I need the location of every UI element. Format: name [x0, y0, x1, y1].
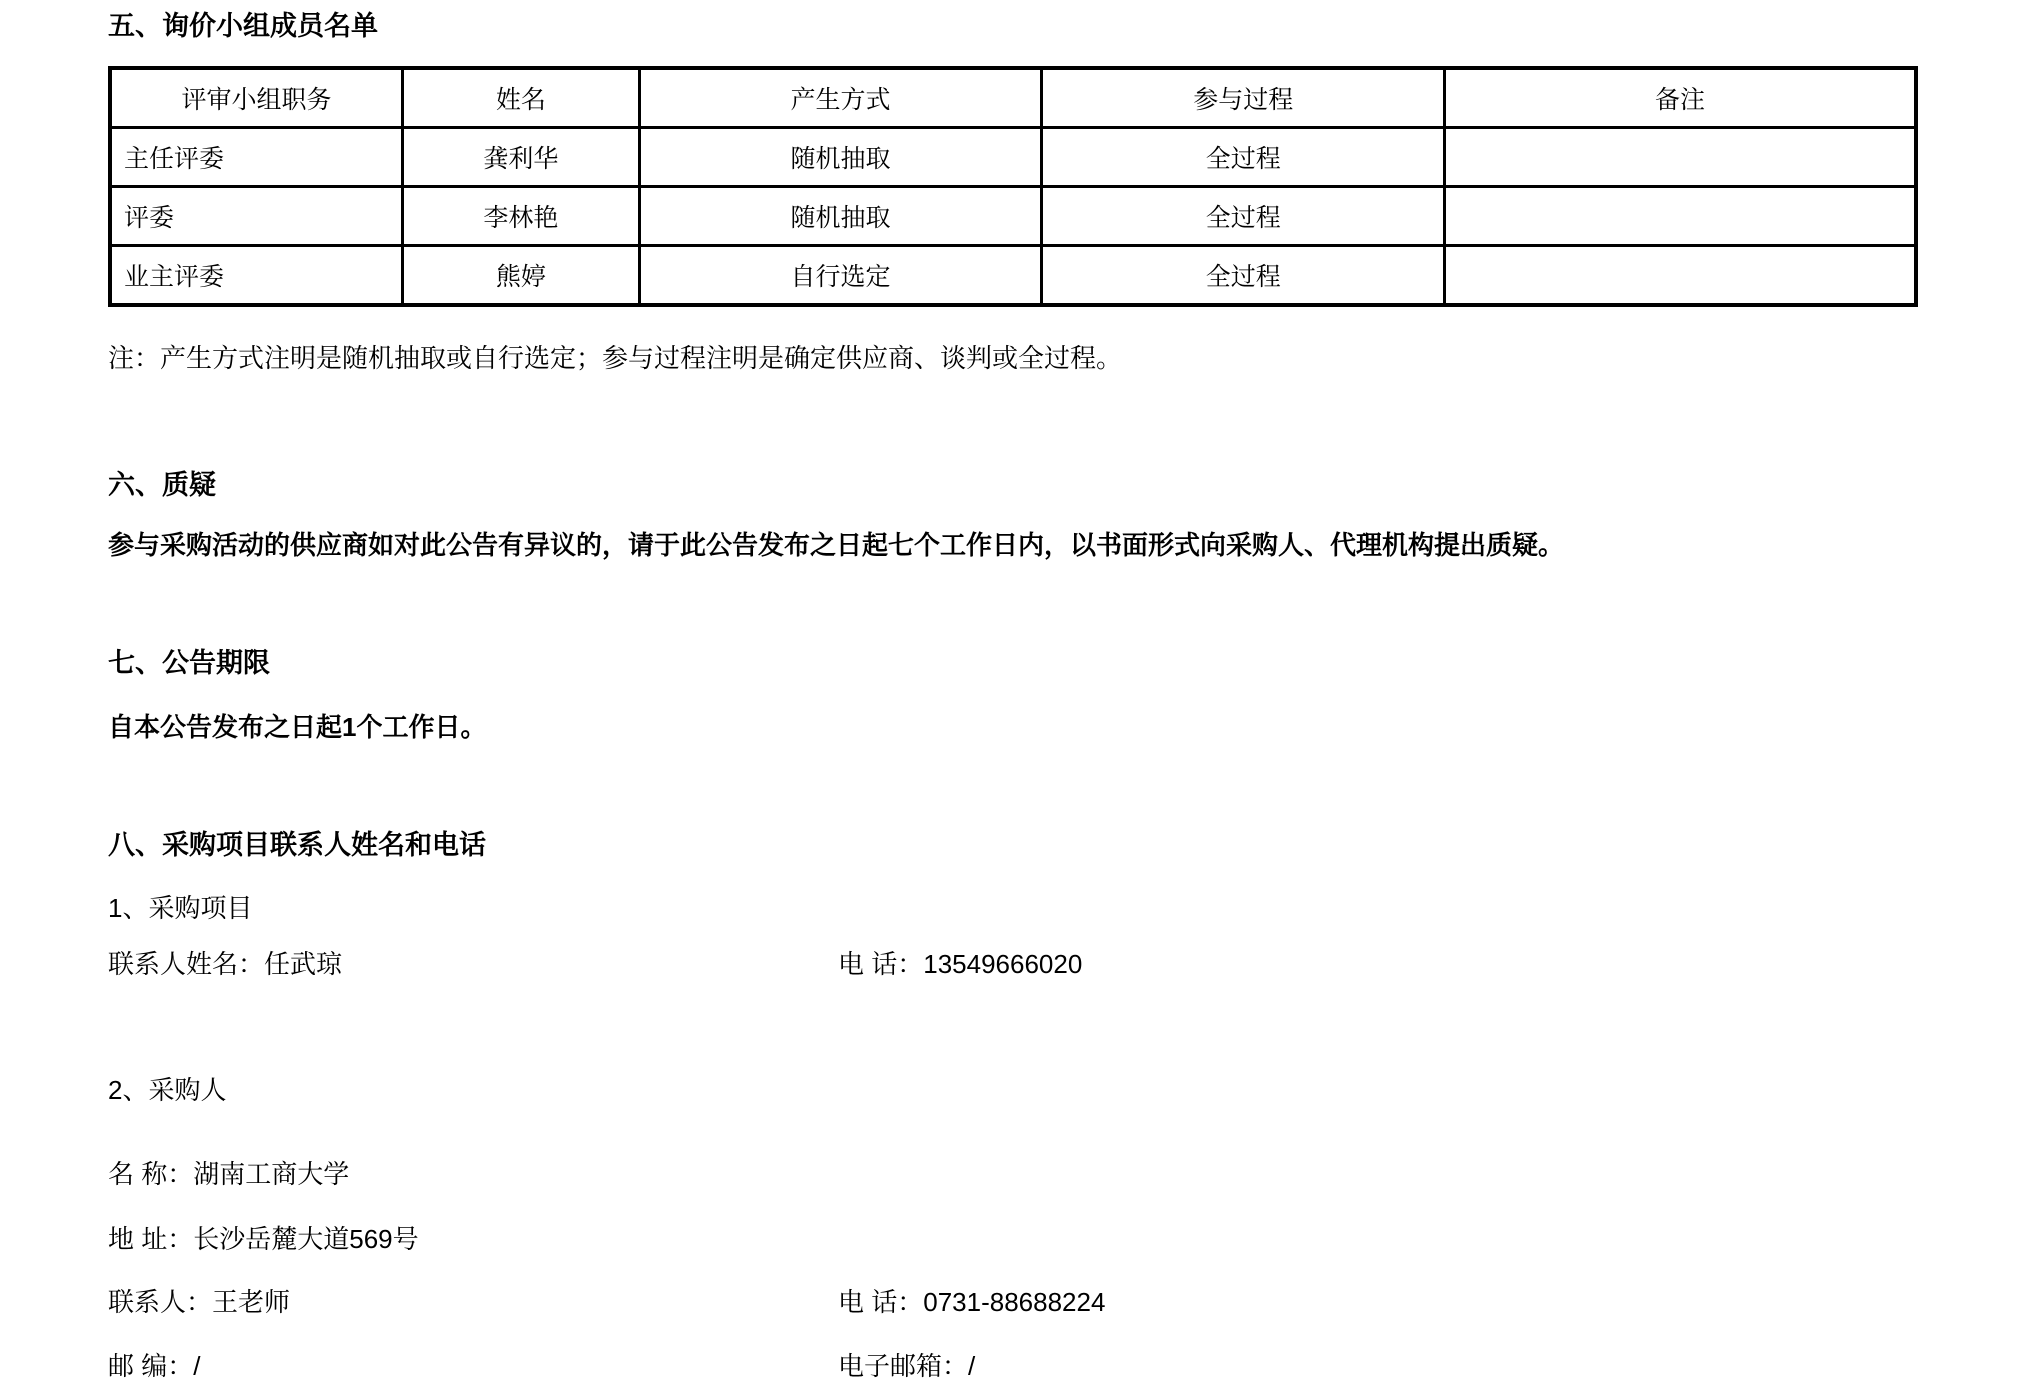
purchaser-name-label: 名 称： — [108, 1159, 193, 1189]
section6-heading: 六、质疑 — [108, 469, 1944, 501]
cell-method: 随机抽取 — [639, 187, 1042, 246]
section7-heading: 七、公告期限 — [108, 647, 1944, 679]
purchaser-contact-label: 联系人： — [108, 1287, 212, 1317]
header-process: 参与过程 — [1042, 68, 1445, 128]
purchaser-phone-value: 0731-88688224 — [923, 1287, 1105, 1317]
purchaser-postcode-row: 邮 编：/ 电子邮箱：/ — [108, 1351, 1944, 1381]
project-phone-value: 13549666020 — [923, 949, 1082, 979]
cell-role: 评委 — [110, 187, 403, 246]
purchaser-postcode: 邮 编：/ — [108, 1351, 200, 1381]
table-row: 业主评委 熊婷 自行选定 全过程 — [110, 246, 1916, 306]
header-remark: 备注 — [1445, 68, 1916, 128]
purchaser-phone-label: 电 话： — [838, 1287, 923, 1317]
cell-role: 业主评委 — [110, 246, 403, 306]
purchaser-address: 地 址：长沙岳麓大道569号 — [108, 1224, 419, 1254]
header-name: 姓名 — [403, 68, 640, 128]
purchaser-contact-value: 王老师 — [212, 1287, 290, 1317]
purchaser-email-label: 电子邮箱： — [838, 1351, 968, 1381]
header-role: 评审小组职务 — [110, 68, 403, 128]
purchaser-address-label: 地 址： — [108, 1224, 193, 1254]
project-phone: 电 话：13549666020 — [838, 949, 1082, 979]
cell-remark — [1445, 246, 1916, 306]
cell-process: 全过程 — [1042, 187, 1445, 246]
purchaser-phone: 电 话：0731-88688224 — [838, 1287, 1105, 1317]
cell-remark — [1445, 128, 1916, 187]
purchaser-contact-row: 联系人：王老师 电 话：0731-88688224 — [108, 1287, 1944, 1317]
purchaser-name: 名 称：湖南工商大学 — [108, 1159, 349, 1189]
project-contact-name: 联系人姓名：任武琼 — [108, 949, 342, 979]
purchaser-email-value: / — [968, 1351, 975, 1381]
project-contact-label: 联系人姓名： — [108, 949, 264, 979]
table-header-row: 评审小组职务 姓名 产生方式 参与过程 备注 — [110, 68, 1916, 128]
purchaser-subsection-label: 2、采购人 — [108, 1075, 1944, 1105]
project-contact-value: 任武琼 — [264, 949, 342, 979]
section6-body: 参与采购活动的供应商如对此公告有异议的，请于此公告发布之日起七个工作日内，以书面… — [108, 529, 1944, 561]
cell-method: 自行选定 — [639, 246, 1042, 306]
cell-name: 李林艳 — [403, 187, 640, 246]
cell-name: 龚利华 — [403, 128, 640, 187]
cell-remark — [1445, 187, 1916, 246]
section7-body: 自本公告发布之日起1个工作日。 — [108, 711, 1944, 743]
table-row: 主任评委 龚利华 随机抽取 全过程 — [110, 128, 1916, 187]
purchaser-email: 电子邮箱：/ — [838, 1351, 975, 1381]
cell-method: 随机抽取 — [639, 128, 1042, 187]
purchaser-postcode-label: 邮 编： — [108, 1351, 193, 1381]
purchaser-contact: 联系人：王老师 — [108, 1287, 290, 1317]
table-row: 评委 李林艳 随机抽取 全过程 — [110, 187, 1916, 246]
project-phone-label: 电 话： — [838, 949, 923, 979]
header-method: 产生方式 — [639, 68, 1042, 128]
purchaser-name-row: 名 称：湖南工商大学 — [108, 1159, 1944, 1189]
purchaser-address-value: 长沙岳麓大道569号 — [193, 1224, 418, 1254]
cell-role: 主任评委 — [110, 128, 403, 187]
cell-name: 熊婷 — [403, 246, 640, 306]
purchaser-postcode-value: / — [193, 1351, 200, 1381]
purchaser-address-row: 地 址：长沙岳麓大道569号 — [108, 1224, 1944, 1254]
table-note: 注：产生方式注明是随机抽取或自行选定；参与过程注明是确定供应商、谈判或全过程。 — [108, 343, 1944, 373]
project-subsection-label: 1、采购项目 — [108, 893, 1944, 923]
project-contact-row: 联系人姓名：任武琼 电 话：13549666020 — [108, 949, 1944, 979]
section5-heading: 五、询价小组成员名单 — [108, 0, 1944, 42]
inquiry-team-table: 评审小组职务 姓名 产生方式 参与过程 备注 主任评委 龚利华 随机抽取 全过程… — [108, 66, 1918, 307]
purchaser-name-value: 湖南工商大学 — [193, 1159, 349, 1189]
section8-heading: 八、采购项目联系人姓名和电话 — [108, 829, 1944, 861]
announcement-document: 五、询价小组成员名单 评审小组职务 姓名 产生方式 参与过程 备注 主任评委 龚… — [0, 0, 2034, 1381]
cell-process: 全过程 — [1042, 128, 1445, 187]
cell-process: 全过程 — [1042, 246, 1445, 306]
